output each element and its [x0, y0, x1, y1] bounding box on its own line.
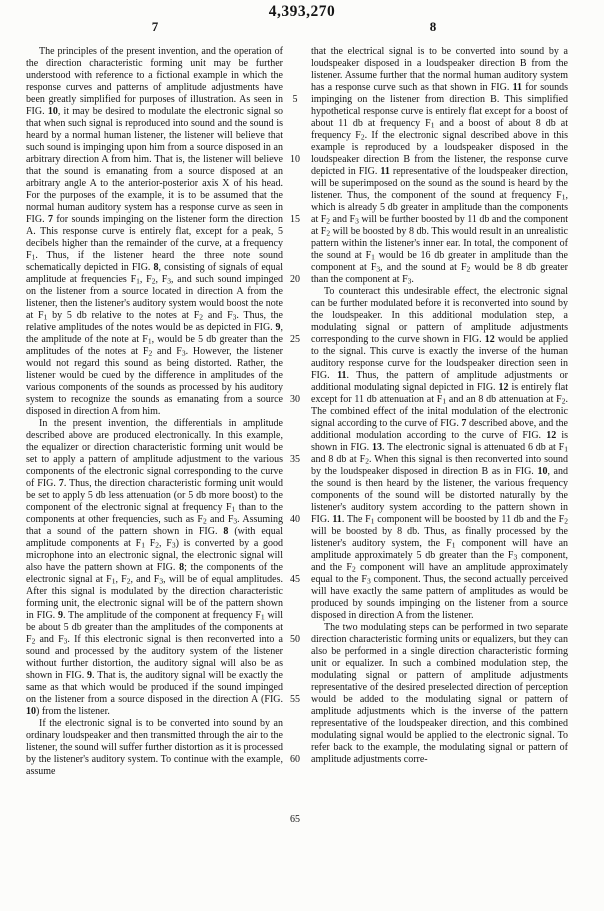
line-number: 10	[283, 154, 307, 166]
line-number: 45	[283, 574, 307, 586]
line-number: 65	[283, 814, 307, 826]
line-number: 60	[283, 754, 307, 766]
paragraph: The principles of the present invention,…	[26, 46, 283, 418]
line-number: 55	[283, 694, 307, 706]
paragraph: In the present invention, the differenti…	[26, 418, 283, 718]
line-number: 30	[283, 394, 307, 406]
line-number: 5	[283, 94, 307, 106]
line-number: 40	[283, 514, 307, 526]
line-number: 50	[283, 634, 307, 646]
line-number: 25	[283, 334, 307, 346]
paragraph: If the electronic signal is to be conver…	[26, 718, 283, 778]
right-text-column: that the electrical signal is to be conv…	[311, 46, 568, 766]
paragraph: The two modulating steps can be performe…	[311, 622, 568, 766]
paragraph: that the electrical signal is to be conv…	[311, 46, 568, 286]
left-column-page-number: 7	[135, 19, 175, 35]
left-text-column: The principles of the present invention,…	[26, 46, 283, 778]
line-number-gutter: 5101520253035404550556065	[283, 0, 307, 911]
line-number: 15	[283, 214, 307, 226]
line-number: 35	[283, 454, 307, 466]
patent-page: 4,393,270 7 8 The principles of the pres…	[0, 0, 604, 911]
right-column-page-number: 8	[413, 19, 453, 35]
line-number: 20	[283, 274, 307, 286]
paragraph: To counteract this undesirable effect, t…	[311, 286, 568, 622]
